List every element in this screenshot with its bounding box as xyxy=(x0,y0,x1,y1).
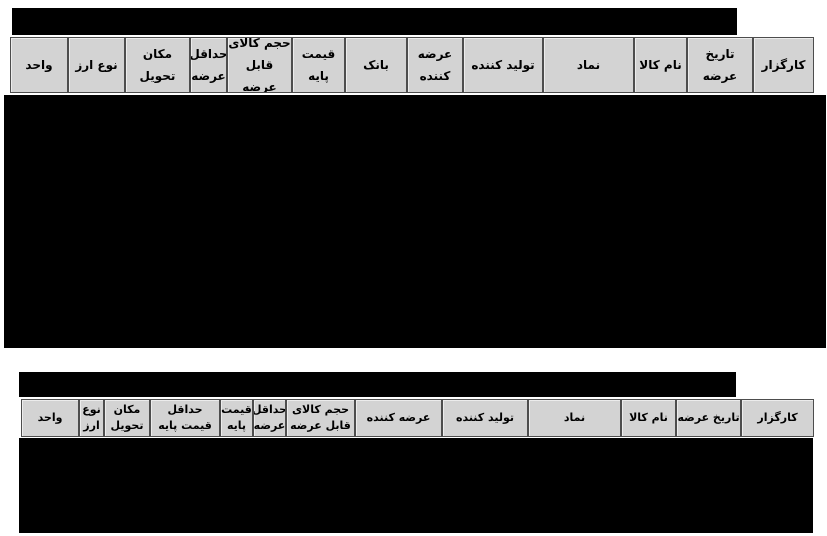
table2-col-header-min-offer: حداقل عرضه xyxy=(253,399,286,437)
table1-col-header-symbol: نماد xyxy=(543,37,634,93)
table1-col-header-bank: بانک xyxy=(345,37,407,93)
table1-col-header-broker: کارگزار xyxy=(753,37,814,93)
table1-col-header-min-offer: حداقل عرضه xyxy=(190,37,227,93)
table2-col-header-currency-type: نوع ارز xyxy=(79,399,104,437)
table1-col-header-supplier: عرضه کننده xyxy=(407,37,463,93)
table1-header-row: کارگزار تاریخ عرضه نام کالا نماد تولید ک… xyxy=(10,37,814,93)
table1-col-header-base-price: قیمت پایه xyxy=(292,37,345,93)
table2-col-header-broker: کارگزار xyxy=(741,399,814,437)
table1-col-header-unit: واحد xyxy=(10,37,68,93)
table1-col-header-producer: تولید کننده xyxy=(463,37,543,93)
table2-col-header-unit: واحد xyxy=(21,399,79,437)
table2-col-header-min-base-price: حداقل قیمت پایه xyxy=(150,399,220,437)
table2-header-row: کارگزار تاریخ عرضه نام کالا نماد تولید ک… xyxy=(21,399,814,437)
table1-col-header-offerable-volume: حجم کالای قابل عرضه xyxy=(227,37,292,93)
table1-col-header-offer-date: تاریخ عرضه xyxy=(687,37,753,93)
table1-redacted-body xyxy=(4,95,826,348)
table2-redacted-body xyxy=(19,438,813,533)
table2-col-header-producer: تولید کننده xyxy=(442,399,528,437)
table1-col-header-currency-type: نوع ارز xyxy=(68,37,125,93)
report-page: کارگزار تاریخ عرضه نام کالا نماد تولید ک… xyxy=(0,0,827,536)
table2-col-header-goods-name: نام کالا xyxy=(621,399,676,437)
table2-col-header-supplier: عرضه کننده xyxy=(355,399,442,437)
table2-col-header-base-price: قیمت پایه xyxy=(220,399,253,437)
table2-col-header-offerable-volume: حجم کالای قابل عرضه xyxy=(286,399,355,437)
table2-col-header-delivery-place: مکان تحویل xyxy=(104,399,150,437)
table2-col-header-symbol: نماد xyxy=(528,399,621,437)
table1-redacted-title-bar xyxy=(12,8,737,35)
table1-col-header-goods-name: نام کالا xyxy=(634,37,687,93)
table2-col-header-offer-date: تاریخ عرضه xyxy=(676,399,741,437)
table2-redacted-title-bar xyxy=(19,372,736,397)
table1-col-header-delivery-place: مکان تحویل xyxy=(125,37,190,93)
